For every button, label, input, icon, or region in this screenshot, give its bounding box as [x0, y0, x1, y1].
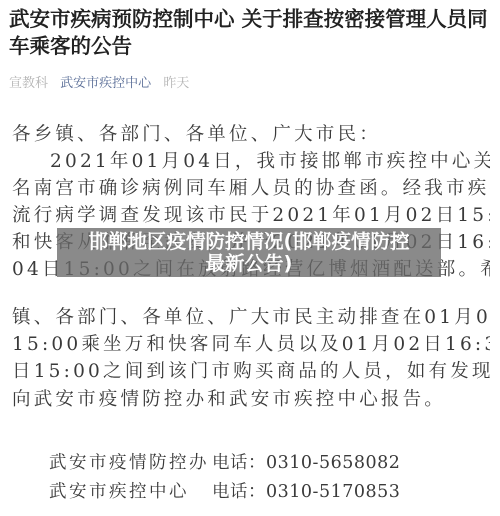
banner-line-2: 最新公告) — [57, 253, 441, 275]
doc-line: 2021年01月04日，我市接邯郸市疾控中心关于排查一 — [50, 148, 490, 175]
contact-row-cdc: 武安市疾控中心电话：0310-5170853 — [49, 478, 400, 507]
banner-line-1: 邯郸地区疫情防控情况(邯郸疫情防控 — [57, 231, 441, 253]
account-link[interactable]: 武安市疾控中心 — [60, 76, 151, 91]
doc-line: 镇、各部门、各单位、广大市民主动排查在01月02日 — [12, 304, 490, 331]
doc-line: 15:00乘坐万和快客同车人员以及01月02日16:30至01月04 — [12, 331, 490, 358]
contact-list: 武安市疫情防控办电话：0310-5658082 武安市疾控中心电话：0310-5… — [49, 449, 400, 507]
overlay-caption-banner: 邯郸地区疫情防控情况(邯郸疫情防控 最新公告) — [57, 228, 441, 277]
article-title: 武安市疾病预防控制中心 关于排查按密接管理人员同车乘客的公告 — [9, 6, 491, 60]
contact-row-epidemic-office: 武安市疫情防控办电话：0310-5658082 — [49, 449, 400, 478]
doc-line: 日15:00之间到该门市购买商品的人员，如有发现需主动 — [12, 358, 490, 385]
contact-phone: 电话：0310-5170853 — [212, 478, 400, 507]
publish-time: 昨天 — [163, 76, 189, 91]
doc-line: 名南宫市确诊病例同车厢人员的协查函。经我市疾控中心 — [12, 175, 490, 202]
contact-org: 武安市疾控中心 — [49, 478, 212, 507]
doc-line-salutation: 各乡镇、各部门、各单位、广大市民： — [12, 121, 490, 148]
contact-phone: 电话：0310-5658082 — [212, 449, 400, 478]
doc-line: 流行病学调查发现该市民于2021年01月02日15:00乘坐万 — [12, 202, 490, 229]
contact-org: 武安市疫情防控办 — [49, 449, 212, 478]
author-label: 宣教科 — [9, 76, 48, 91]
article-meta: 宣教科 武安市疾控中心 昨天 — [9, 75, 197, 93]
doc-line: 向武安市疫情防控办和武安市疾控中心报告。 — [12, 386, 490, 413]
